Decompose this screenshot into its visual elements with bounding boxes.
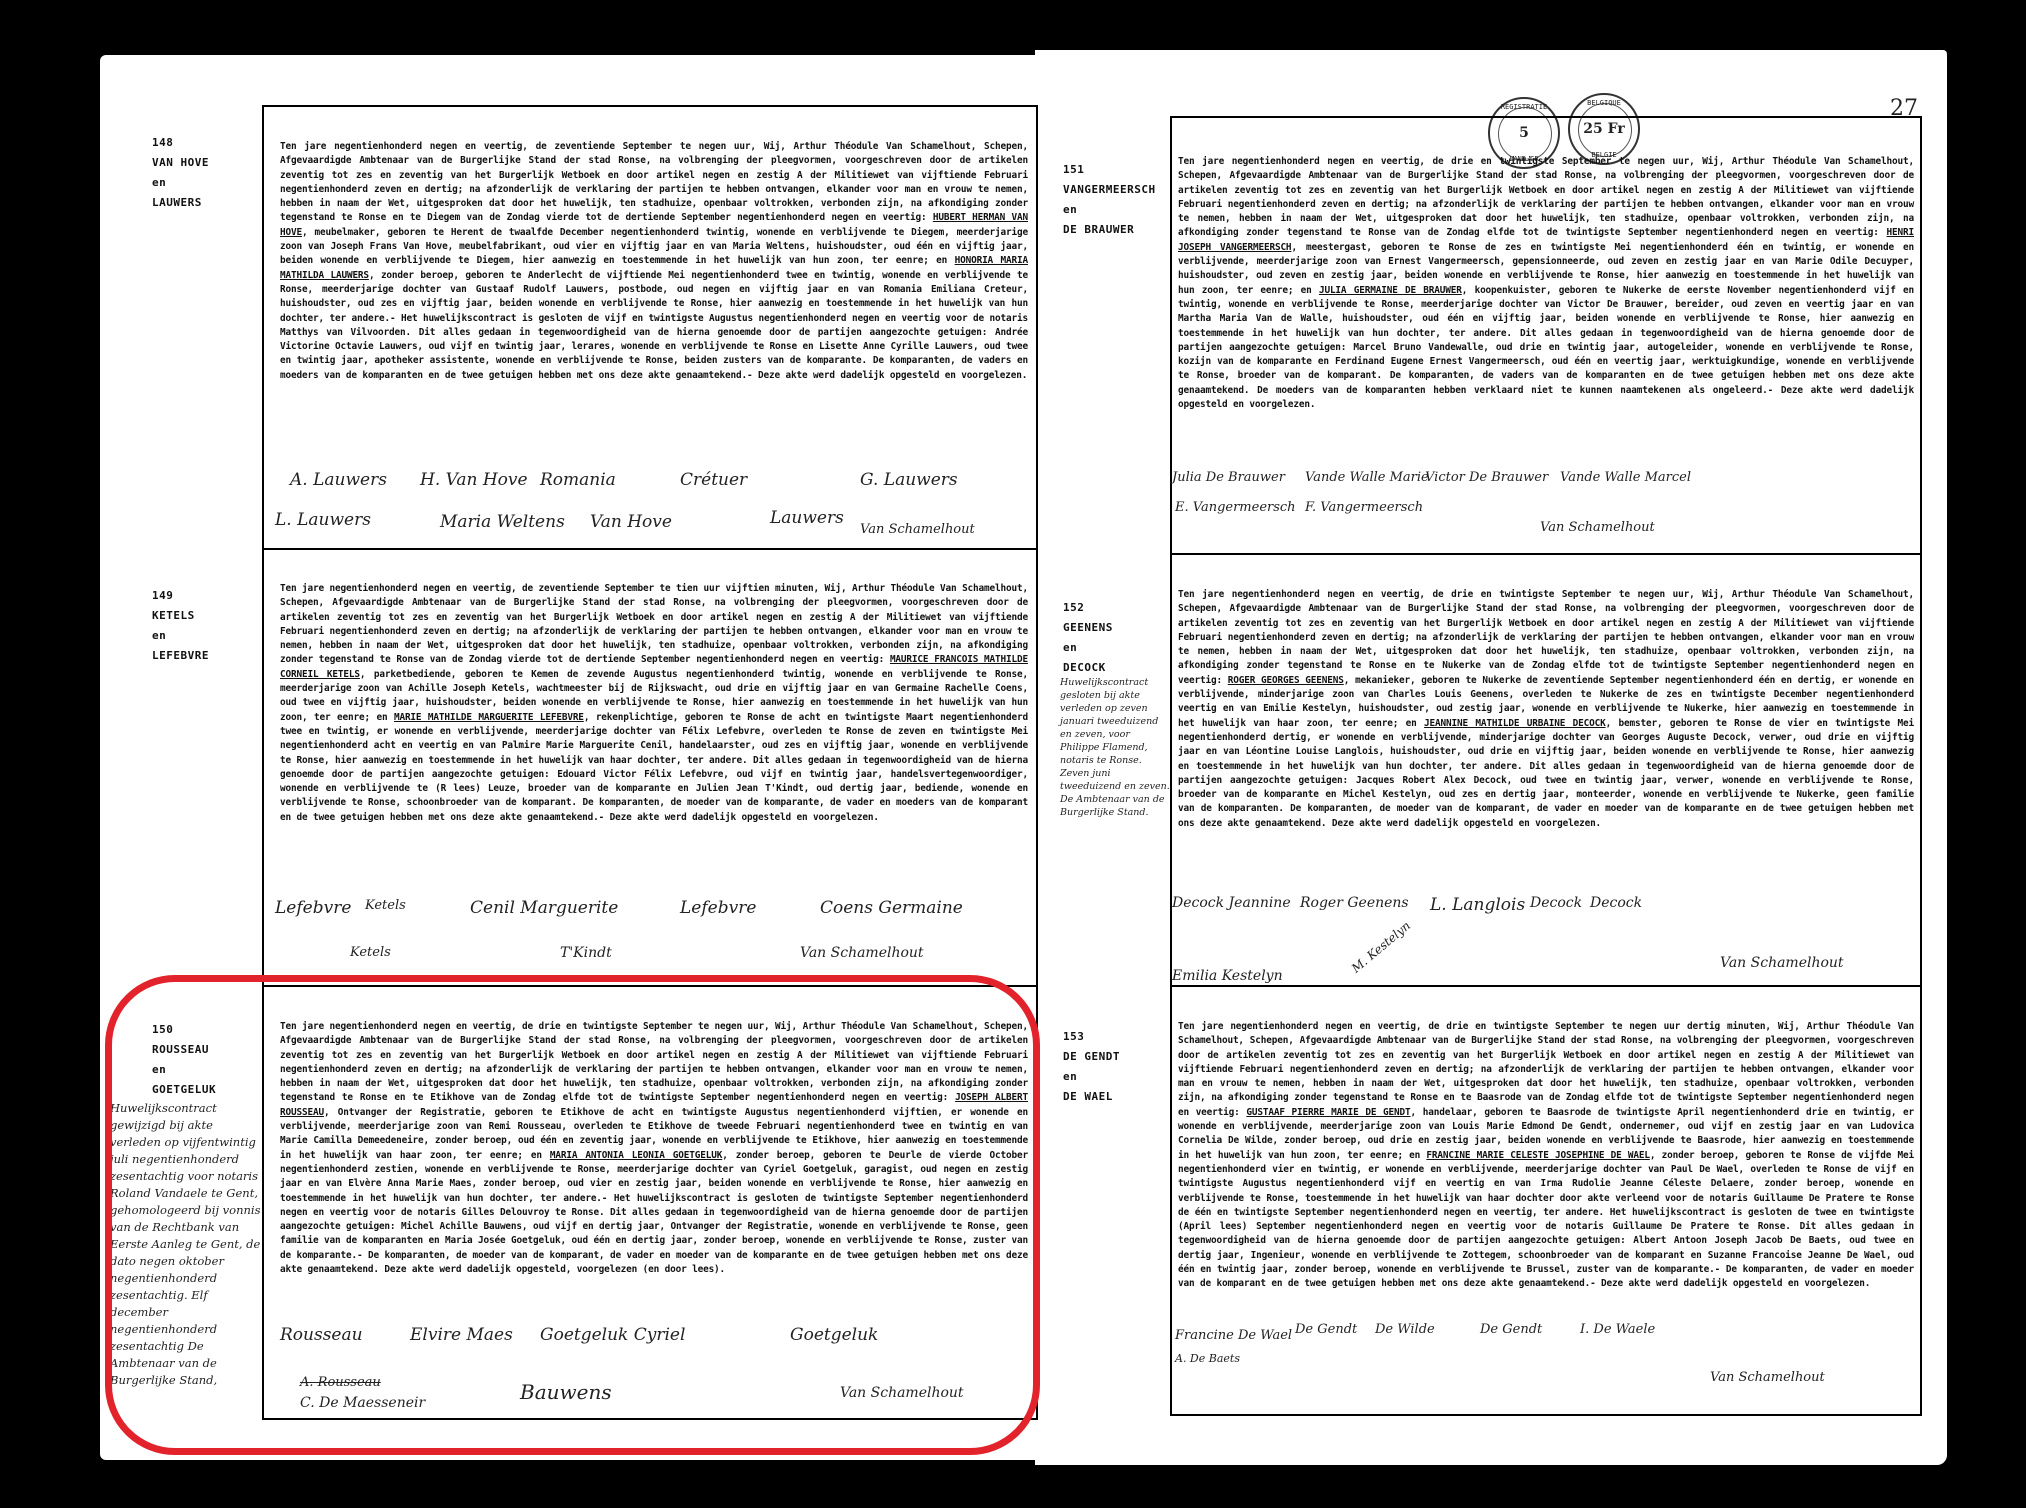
entry-150-margin-note: Huwelijkscontract gewijzigd bij akte ver…	[110, 1100, 262, 1389]
groom-surname: VANGERMEERSCH	[1063, 180, 1156, 200]
bride-surname: GOETGELUK	[152, 1080, 216, 1100]
entry-150-right-border	[1036, 995, 1038, 1420]
bride-name: MARIE MATHILDE MARGUERITE LEFEBVRE	[394, 712, 584, 723]
entry-151-bottom-border	[1170, 553, 1922, 555]
entry-149-left-border	[262, 555, 264, 995]
entry-153-bottom-border	[1170, 1414, 1922, 1416]
conjunction: en	[152, 173, 209, 193]
bride-surname: LEFEBVRE	[152, 646, 209, 666]
conjunction: en	[1063, 200, 1156, 220]
bride-name: JEANNINE MATHILDE URBAINE DECOCK	[1424, 718, 1606, 729]
entry-153-text: Ten jare negentienhonderd negen en veert…	[1178, 1020, 1914, 1292]
entry-148-left-border	[262, 105, 264, 555]
entry-150-text: Ten jare negentienhonderd negen en veert…	[280, 1020, 1028, 1277]
entry-149-bottom-border	[262, 985, 1038, 987]
entry-153-margin: 153 DE GENDT en DE WAEL	[1063, 1027, 1120, 1107]
entry-149-margin: 149 KETELS en LEFEBVRE	[152, 586, 209, 666]
right-page-right-border	[1920, 116, 1922, 1416]
entry-148-top-border	[262, 105, 1038, 107]
bride-surname: DECOCK	[1063, 658, 1113, 678]
groom-name: GUSTAAF PIERRE MARIE DE GENDT	[1246, 1107, 1410, 1118]
conjunction: en	[152, 1060, 216, 1080]
conjunction: en	[1063, 638, 1113, 658]
entry-150-margin: 150 ROUSSEAU en GOETGELUK	[152, 1020, 216, 1100]
entry-number: 148	[152, 133, 209, 153]
bride-name: MARIA ANTONIA LEONIA GOETGELUK	[550, 1150, 722, 1161]
bride-surname: DE WAEL	[1063, 1087, 1120, 1107]
entry-148-right-border	[1036, 105, 1038, 555]
entry-151-margin: 151 VANGERMEERSCH en DE BRAUWER	[1063, 160, 1156, 240]
entry-151-top-border	[1170, 116, 1922, 118]
entry-152-margin-note: Huwelijkscontract gesloten bij akte verl…	[1060, 676, 1170, 819]
entry-number: 149	[152, 586, 209, 606]
groom-surname: VAN HOVE	[152, 153, 209, 173]
entry-148-margin: 148 VAN HOVE en LAUWERS	[152, 133, 209, 213]
entry-148-text: Ten jare negentienhonderd negen en veert…	[280, 140, 1028, 383]
right-page-left-border	[1170, 116, 1172, 1416]
bride-name: FRANCINE MARIE CELESTE JOSEPHINE DE WAEL	[1426, 1150, 1649, 1161]
entry-152-margin: 152 GEENENS en DECOCK	[1063, 598, 1113, 678]
groom-surname: DE GENDT	[1063, 1047, 1120, 1067]
entry-number: 153	[1063, 1027, 1120, 1047]
entry-148-bottom-border	[262, 548, 1038, 550]
entry-151-text: Ten jare negentienhonderd negen en veert…	[1178, 155, 1914, 412]
groom-surname: GEENENS	[1063, 618, 1113, 638]
groom-surname: KETELS	[152, 606, 209, 626]
entry-152-bottom-border	[1170, 985, 1922, 987]
entry-149-text: Ten jare negentienhonderd negen en veert…	[280, 582, 1028, 825]
bride-surname: LAUWERS	[152, 193, 209, 213]
conjunction: en	[1063, 1067, 1120, 1087]
entry-149-right-border	[1036, 555, 1038, 995]
entry-150-left-border	[262, 995, 264, 1420]
entry-number: 150	[152, 1020, 216, 1040]
entry-152-text: Ten jare negentienhonderd negen en veert…	[1178, 588, 1914, 831]
groom-surname: ROUSSEAU	[152, 1040, 216, 1060]
conjunction: en	[152, 626, 209, 646]
groom-name: ROGER GEORGES GEENENS	[1228, 675, 1344, 686]
entry-number: 151	[1063, 160, 1156, 180]
bride-surname: DE BRAUWER	[1063, 220, 1156, 240]
entry-number: 152	[1063, 598, 1113, 618]
bride-name: JULIA GERMAINE DE BRAUWER	[1319, 285, 1462, 296]
entry-150-bottom-border	[262, 1418, 1038, 1420]
